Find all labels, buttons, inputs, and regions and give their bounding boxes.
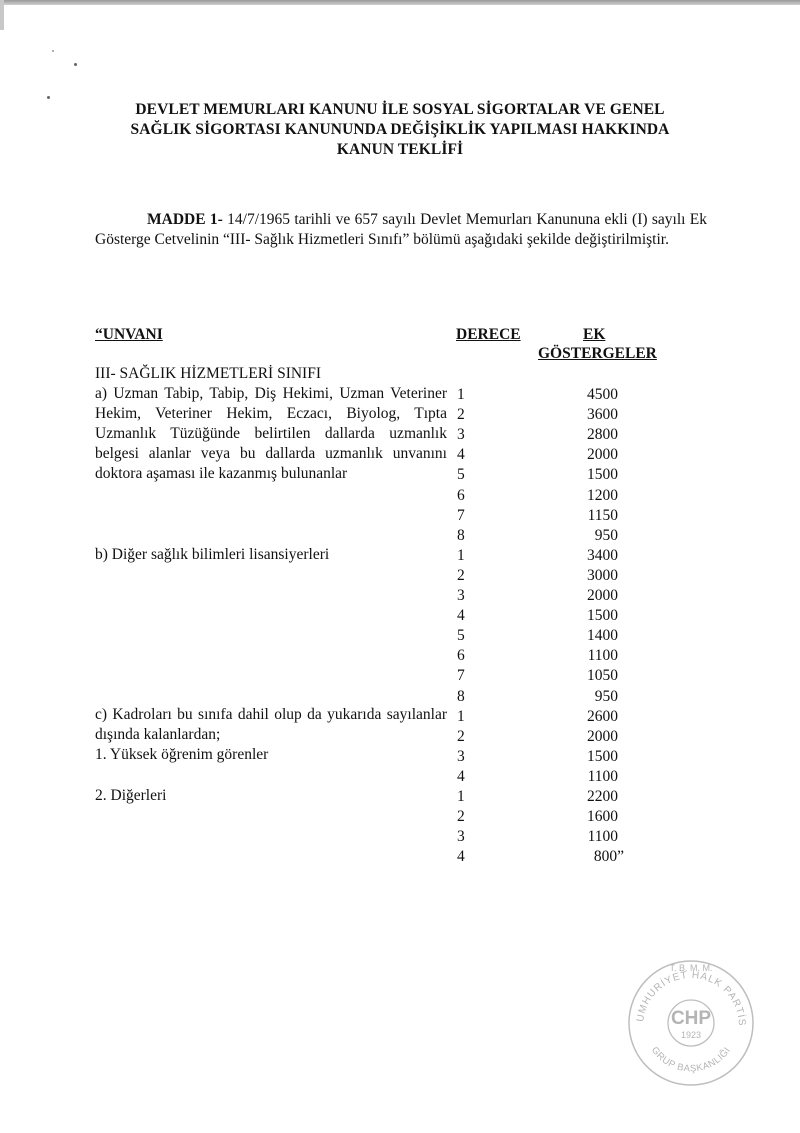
degree-cell: 7: [457, 666, 477, 686]
party-seal-stamp: CUMHURİYET HALK PARTİSİ GRUP BAŞKANLIĞI …: [626, 958, 756, 1088]
indicator-cell: 1500: [560, 747, 618, 767]
degree-cell: 2: [457, 566, 477, 586]
indicator-cell: 950: [560, 526, 618, 546]
article-label: MADDE 1-: [147, 211, 223, 228]
indicator-cell: 2600: [560, 707, 618, 727]
degree-cell: 2: [457, 727, 477, 747]
title-line: DEVLET MEMURLARI KANUNU İLE SOSYAL SİGOR…: [100, 100, 700, 120]
indicator-cell: 1400: [560, 626, 618, 646]
indicator-cell: 3600: [560, 405, 618, 425]
article-paragraph: MADDE 1- 14/7/1965 tarihli ve 657 sayılı…: [95, 210, 707, 250]
degree-cell: 3: [457, 747, 477, 767]
title-line: KANUN TEKLİFİ: [100, 140, 700, 160]
stamp-logo: CHP: [671, 1008, 711, 1029]
scan-speck: [47, 96, 50, 99]
header-indicator-line1: EK: [583, 325, 605, 344]
degree-cell: 4: [457, 767, 477, 787]
degree-cell: 2: [457, 405, 477, 425]
group-c1-label: 1. Yüksek öğrenim görenler: [95, 745, 447, 765]
degree-cell: 3: [457, 827, 477, 847]
indicator-cell: 1100: [560, 827, 618, 847]
indicator-cell: 2000: [560, 586, 618, 606]
indicator-cell: 3400: [560, 546, 618, 566]
indicator-cell: 2200: [560, 787, 618, 807]
indicator-cell: 1100: [560, 767, 618, 787]
indicator-cell: 1500: [560, 465, 618, 485]
degree-cell: 1: [457, 385, 477, 405]
degree-cell: 6: [457, 486, 477, 506]
scan-edge-left: [0, 0, 4, 30]
degree-cell: 1: [457, 546, 477, 566]
scan-speck: [52, 50, 54, 52]
degree-cell: 1: [457, 707, 477, 727]
degree-cell: 5: [457, 626, 477, 646]
indicator-cell: 1150: [560, 506, 618, 526]
document-title: DEVLET MEMURLARI KANUNU İLE SOSYAL SİGOR…: [100, 100, 700, 160]
stamp-bottom-text: GRUP BAŞKANLIĞI: [649, 1045, 733, 1075]
group-b-description: b) Diğer sağlık bilimleri lisansiyerleri: [95, 545, 447, 565]
degree-cell: 8: [457, 526, 477, 546]
indicator-cell: 1200: [560, 486, 618, 506]
indicator-cell: 1600: [560, 807, 618, 827]
degree-cell: 1: [457, 787, 477, 807]
indicator-cell: 2800: [560, 425, 618, 445]
indicator-cell: 1100: [560, 646, 618, 666]
stamp-top-text: T. B. M. M.: [669, 963, 712, 973]
degree-cell: 3: [457, 425, 477, 445]
scan-speck: [74, 63, 77, 66]
degree-cell: 8: [457, 687, 477, 707]
indicator-cell: 800”: [560, 847, 624, 867]
degree-cell: 3: [457, 586, 477, 606]
degree-cell: 4: [457, 445, 477, 465]
header-degree: DERECE: [456, 325, 521, 344]
degree-cell: 6: [457, 646, 477, 666]
indicator-cell: 3000: [560, 566, 618, 586]
degree-cell: 7: [457, 506, 477, 526]
group-c-description: c) Kadroları bu sınıfa dahil olup da yuk…: [95, 705, 447, 745]
degree-cell: 5: [457, 465, 477, 485]
degree-cell: 4: [457, 606, 477, 626]
stamp-year: 1923: [681, 1030, 701, 1040]
indicator-cell: 950: [560, 687, 618, 707]
indicator-cell: 1050: [560, 666, 618, 686]
section-title: III- SAĞLIK HİZMETLERİ SINIFI: [95, 365, 321, 383]
indicator-cell: 4500: [560, 385, 618, 405]
indicator-cell: 2000: [560, 727, 618, 747]
degree-cell: 4: [457, 847, 477, 867]
indicator-cell: 1500: [560, 606, 618, 626]
group-c2-label: 2. Diğerleri: [95, 786, 447, 806]
title-line: SAĞLIK SİGORTASI KANUNUNDA DEĞİŞİKLİK YA…: [100, 120, 700, 140]
scan-edge-top: [0, 0, 800, 5]
header-indicator-line2: GÖSTERGELER: [538, 344, 657, 363]
header-title: “UNVANI: [95, 325, 163, 344]
indicator-cell: 2000: [560, 445, 618, 465]
svg-text:GRUP BAŞKANLIĞI: GRUP BAŞKANLIĞI: [649, 1045, 733, 1075]
degree-cell: 2: [457, 807, 477, 827]
group-a-description: a) Uzman Tabip, Tabip, Diş Hekimi, Uzman…: [95, 384, 447, 484]
